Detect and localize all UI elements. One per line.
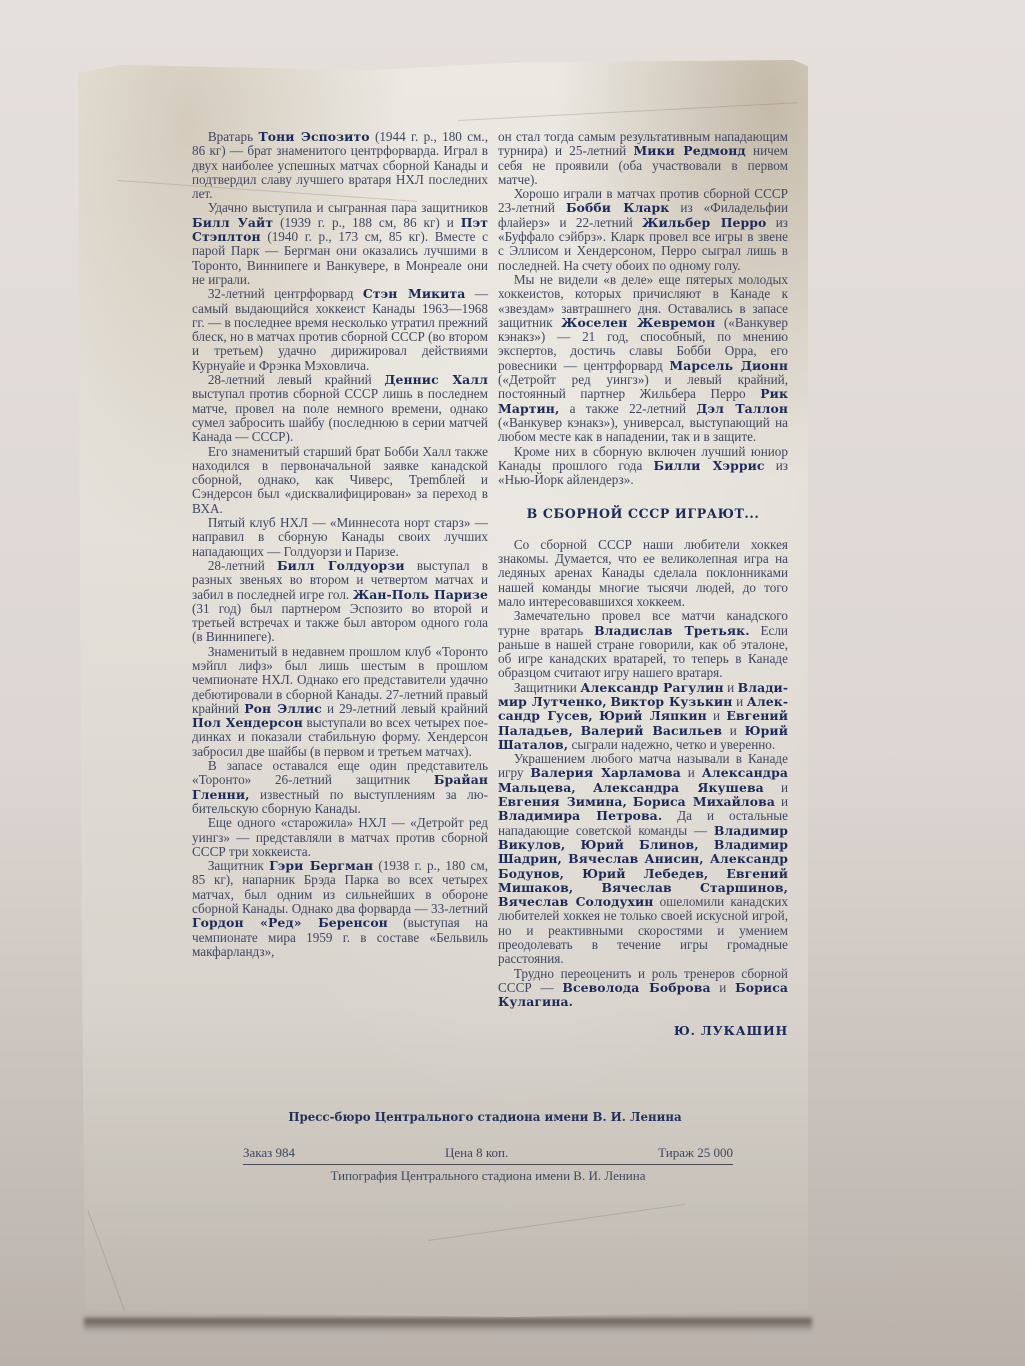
player-name: Билли Хэр­рис	[654, 458, 765, 473]
paragraph: Его знаменитый старший брат Бобби Халл т…	[192, 445, 488, 516]
author-signature: Ю. ЛУКАШИН	[498, 1024, 788, 1038]
paragraph: он стал тогда самым результативным на­па…	[498, 130, 788, 187]
paragraph: Со сборной СССР наши любители хоккея зна…	[498, 538, 788, 609]
player-name: Виктор Кузькин	[610, 694, 732, 709]
player-name: Валерий Васильев	[581, 723, 722, 738]
paragraph: Кроме них в сборную включен лучший юниор…	[498, 445, 788, 488]
player-name: Деннис Халл	[384, 372, 488, 387]
player-name: Билл Уайт	[192, 215, 273, 230]
player-name: Билл Голдуорзи	[277, 558, 405, 573]
player-name: Валерия Харламова	[530, 765, 680, 780]
player-name: Стэн Микита	[363, 286, 465, 301]
imprint-line: Заказ 984 Цена 8 коп. Тираж 25 000	[243, 1145, 733, 1161]
player-name: Гордон «Ред» Беренсон	[192, 915, 388, 930]
print-run: Тираж 25 000	[658, 1145, 733, 1161]
paragraph: 32-летний центрфорвард Стэн Микита — сам…	[192, 287, 488, 373]
paragraph: 28-летний левый крайний Деннис Халл выст…	[192, 373, 488, 444]
player-name: Вла­димира Петрова.	[498, 808, 662, 823]
player-name: Рон Эллис	[244, 701, 322, 716]
player-name: Евгения Зимина,	[498, 794, 627, 809]
player-name: Мики Редмонд	[633, 143, 745, 158]
paragraph: Еще одного «старожила» НХЛ — «Дет­ройт р…	[192, 816, 488, 859]
ussr-team-article: Со сборной СССР наши любители хоккея зна…	[498, 538, 788, 1010]
player-name: Александр Рагулин	[580, 680, 723, 695]
player-name: Жильбер Перро	[642, 215, 766, 230]
paper-crease	[458, 102, 798, 121]
player-name: Бобби Кларк	[566, 200, 669, 215]
left-column: Вратарь Тони Эспозито (1944 г. р., 180 с…	[192, 130, 488, 959]
player-name: Дэл Таллон	[696, 401, 788, 416]
paragraph: Трудно переоценить и роль тренеров сборн…	[498, 967, 788, 1010]
printer-line: Типография Центрального стадиона имени В…	[243, 1168, 733, 1184]
paragraph: Замечательно провел все матчи канад­ског…	[498, 609, 788, 680]
player-name: Бориса Михайлова	[633, 794, 775, 809]
paragraph: Знаменитый в недавнем прошлом клуб «Торо…	[192, 645, 488, 759]
right-column-continuation: он стал тогда самым результативным на­па…	[498, 130, 788, 487]
order-number: Заказ 984	[243, 1145, 295, 1161]
paragraph: Удачно выступила и сыгранная пара за­щит…	[192, 201, 488, 287]
paragraph: Защитник Гэри Бергман (1938 г. р., 180 с…	[192, 859, 488, 959]
paragraph: Защитники Александр Рагулин и Влади­мир …	[498, 681, 788, 752]
paper-crease	[428, 1204, 686, 1241]
press-bureau-line: Пресс-бюро Центрального стадиона имени В…	[240, 1110, 730, 1124]
imprint-divider	[243, 1164, 733, 1165]
paragraph: Мы не видели «в деле» еще пятерых молоды…	[498, 273, 788, 445]
player-name: Жан-Поль Паризе	[353, 587, 488, 602]
price: Цена 8 коп.	[445, 1145, 508, 1161]
paragraph: В запасе оставался еще один представи­те…	[192, 759, 488, 816]
paper-crease	[88, 1210, 130, 1323]
paragraph: Пятый клуб НХЛ — «Миннесота норт старз» …	[192, 516, 488, 559]
player-name: Всеволода Боброва	[562, 980, 710, 995]
player-name: Юрий Ляпкин	[599, 708, 707, 723]
paragraph: Хорошо играли в матчах против сборной СС…	[498, 187, 788, 273]
player-name: Пол Хендерсон	[192, 715, 303, 730]
player-name: Владимир Ви­кулов, Юрий Блинов, Владимир…	[498, 823, 788, 909]
player-name: Тони Эспозито	[258, 129, 369, 144]
paragraph: 28-летний Билл Голдуорзи выступал в разн…	[192, 559, 488, 645]
paragraph: Украшением любого матча называли в Канад…	[498, 752, 788, 966]
player-name: Марсель Дионн	[669, 358, 788, 373]
player-name: Брайан Гленни,	[192, 772, 488, 801]
player-name: Владислав Третьяк.	[594, 623, 750, 638]
paper-shadow	[84, 1318, 812, 1332]
player-name: Жоселен Жевремон	[561, 315, 715, 330]
player-name: Гэри Бергман	[269, 858, 373, 873]
right-column: он стал тогда самым результативным на­па…	[498, 130, 788, 1038]
section-title: В СБОРНОЙ СССР ИГРАЮТ...	[498, 507, 788, 521]
paragraph: Вратарь Тони Эспозито (1944 г. р., 180 с…	[192, 130, 488, 201]
player-name: Александра Якушева	[593, 780, 764, 795]
